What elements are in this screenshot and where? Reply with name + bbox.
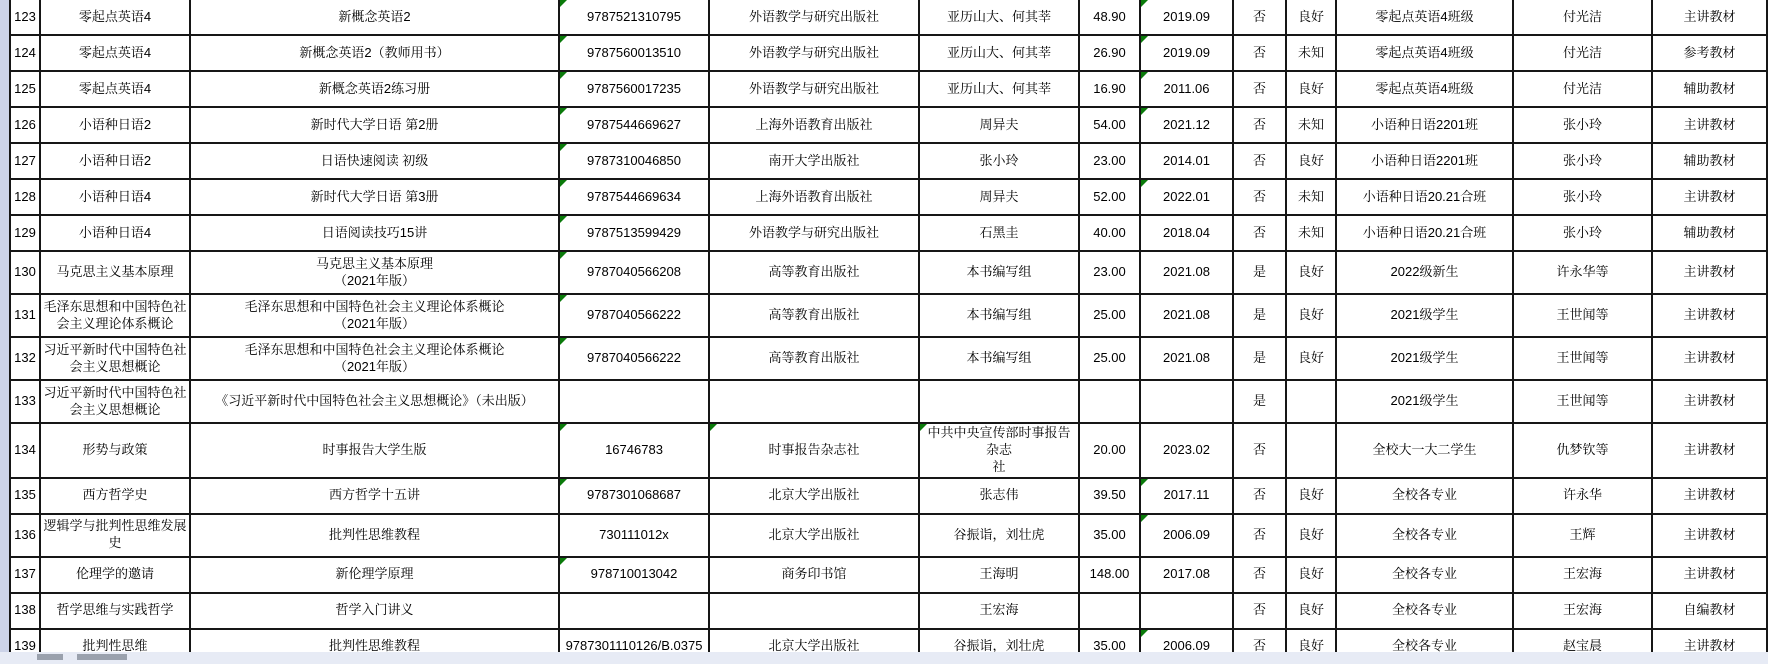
cell-condition[interactable]: 良好 bbox=[1286, 251, 1336, 294]
cell-book[interactable]: 新概念英语2练习册 bbox=[190, 71, 559, 107]
cell-author[interactable]: 王宏海 bbox=[919, 593, 1079, 629]
cell-course[interactable]: 马克思主义基本原理 bbox=[40, 251, 190, 294]
cell-author[interactable]: 亚历山大、何其莘 bbox=[919, 0, 1079, 35]
cell-type[interactable]: 主讲教材 bbox=[1652, 514, 1767, 557]
cell-course[interactable]: 哲学思维与实践哲学 bbox=[40, 593, 190, 629]
cell-text: 小语种日语4 bbox=[79, 189, 151, 204]
cell-condition[interactable]: 良好 bbox=[1286, 514, 1336, 557]
cell-audience[interactable]: 小语种日语20.21合班 bbox=[1336, 215, 1513, 251]
cell-audience[interactable]: 2021级学生 bbox=[1336, 337, 1513, 380]
cell-text: 9787560013510 bbox=[587, 45, 681, 60]
cell-price[interactable]: 25.00 bbox=[1079, 294, 1140, 337]
cell-publisher[interactable]: 外语教学与研究出版社 bbox=[709, 0, 919, 35]
cell-text: 2021级学生 bbox=[1391, 393, 1459, 408]
cell-isbn[interactable]: 9787544669627 bbox=[559, 107, 709, 143]
cell-text: 张小玲 bbox=[1563, 117, 1602, 132]
cell-course[interactable]: 西方哲学史 bbox=[40, 478, 190, 514]
cell-approved[interactable]: 否 bbox=[1233, 514, 1286, 557]
cell-text: 39.50 bbox=[1093, 487, 1126, 502]
cell-text: 9787301068687 bbox=[587, 487, 681, 502]
cell-course[interactable]: 小语种日语2 bbox=[40, 107, 190, 143]
cell-text: 王辉 bbox=[1569, 527, 1595, 542]
cell-approved[interactable]: 否 bbox=[1233, 215, 1286, 251]
cell-approved[interactable]: 是 bbox=[1233, 294, 1286, 337]
cell-isbn[interactable]: 16746783 bbox=[559, 423, 709, 478]
cell-date[interactable]: 2011.06 bbox=[1140, 71, 1233, 107]
cell-type[interactable]: 参考教材 bbox=[1652, 35, 1767, 71]
cell-text: 哲学入门讲义 bbox=[335, 602, 413, 617]
cell-publisher[interactable]: 时事报告杂志社 bbox=[709, 423, 919, 478]
cell-teacher[interactable]: 许永华 bbox=[1513, 478, 1652, 514]
cell-type[interactable]: 自编教材 bbox=[1652, 593, 1767, 629]
cell-book[interactable]: 批判性思维教程 bbox=[190, 514, 559, 557]
cell-teacher[interactable]: 王世闻等 bbox=[1513, 294, 1652, 337]
cell-audience[interactable]: 2021级学生 bbox=[1336, 294, 1513, 337]
cell-book[interactable]: 新时代大学日语 第3册 bbox=[190, 179, 559, 215]
cell-publisher[interactable]: 外语教学与研究出版社 bbox=[709, 215, 919, 251]
cell-type[interactable]: 主讲教材 bbox=[1652, 337, 1767, 380]
cell-publisher[interactable]: 高等教育出版社 bbox=[709, 337, 919, 380]
cell-type[interactable]: 主讲教材 bbox=[1652, 107, 1767, 143]
cell-book[interactable]: 时事报告大学生版 bbox=[190, 423, 559, 478]
text-format-warning-icon bbox=[560, 252, 567, 259]
cell-publisher[interactable]: 高等教育出版社 bbox=[709, 251, 919, 294]
cell-condition[interactable]: 未知 bbox=[1286, 215, 1336, 251]
cell-num[interactable]: 123 bbox=[10, 0, 40, 35]
cell-price[interactable]: 39.50 bbox=[1079, 478, 1140, 514]
text-format-warning-icon bbox=[1141, 630, 1148, 637]
cell-approved[interactable]: 否 bbox=[1233, 107, 1286, 143]
cell-author[interactable]: 周异夫 bbox=[919, 107, 1079, 143]
cell-text: 730111012x bbox=[599, 527, 669, 542]
cell-text: 主讲教材 bbox=[1683, 117, 1735, 132]
cell-teacher[interactable]: 仇梦钦等 bbox=[1513, 423, 1652, 478]
cell-price[interactable]: 148.00 bbox=[1079, 557, 1140, 593]
cell-price[interactable]: 52.00 bbox=[1079, 179, 1140, 215]
cell-course[interactable]: 形势与政策 bbox=[40, 423, 190, 478]
cell-publisher[interactable] bbox=[709, 593, 919, 629]
text-format-warning-icon bbox=[560, 216, 567, 223]
cell-isbn[interactable]: 9787310046850 bbox=[559, 143, 709, 179]
cell-book[interactable]: 哲学入门讲义 bbox=[190, 593, 559, 629]
cell-approved[interactable]: 否 bbox=[1233, 35, 1286, 71]
cell-isbn[interactable]: 9787040566222 bbox=[559, 294, 709, 337]
cell-text: 9787513599429 bbox=[587, 225, 681, 240]
cell-audience[interactable]: 全校各专业 bbox=[1336, 557, 1513, 593]
cell-num[interactable]: 135 bbox=[10, 478, 40, 514]
cell-text: 中共中央宣传部时事报告杂志 社 bbox=[927, 425, 1070, 474]
cell-price[interactable]: 48.90 bbox=[1079, 0, 1140, 35]
cell-type[interactable]: 主讲教材 bbox=[1652, 478, 1767, 514]
cell-book[interactable]: 新时代大学日语 第2册 bbox=[190, 107, 559, 143]
cell-type[interactable]: 主讲教材 bbox=[1652, 380, 1767, 423]
cell-text: 逻辑学与批判性思维发展 史 bbox=[43, 518, 186, 550]
cell-text: 9787040566222 bbox=[587, 350, 681, 365]
cell-text: 外语教学与研究出版社 bbox=[749, 225, 879, 240]
cell-price[interactable] bbox=[1079, 380, 1140, 423]
cell-audience[interactable]: 2022级新生 bbox=[1336, 251, 1513, 294]
cell-teacher[interactable]: 张小玲 bbox=[1513, 215, 1652, 251]
cell-text: 128 bbox=[14, 189, 36, 204]
cell-isbn[interactable]: 9787040566222 bbox=[559, 337, 709, 380]
cell-book[interactable]: 西方哲学十五讲 bbox=[190, 478, 559, 514]
cell-condition[interactable]: 未知 bbox=[1286, 179, 1336, 215]
cell-author[interactable]: 张小玲 bbox=[919, 143, 1079, 179]
cell-text: 135 bbox=[14, 487, 36, 502]
cell-publisher[interactable]: 北京大学出版社 bbox=[709, 478, 919, 514]
cell-date[interactable]: 2006.09 bbox=[1140, 514, 1233, 557]
cell-condition[interactable]: 良好 bbox=[1286, 143, 1336, 179]
cell-price[interactable]: 25.00 bbox=[1079, 337, 1140, 380]
cell-text: 否 bbox=[1253, 9, 1266, 24]
cell-text: 零起点英语4 bbox=[79, 81, 151, 96]
cell-text: 上海外语教育出版社 bbox=[755, 189, 872, 204]
cell-author[interactable]: 张志伟 bbox=[919, 478, 1079, 514]
text-format-warning-icon bbox=[560, 180, 567, 187]
cell-text: 35.00 bbox=[1093, 527, 1126, 542]
cell-num[interactable]: 127 bbox=[10, 143, 40, 179]
cell-publisher[interactable]: 南开大学出版社 bbox=[709, 143, 919, 179]
table-row: 123零起点英语4新概念英语29787521310795外语教学与研究出版社亚历… bbox=[10, 0, 1767, 35]
cell-approved[interactable]: 是 bbox=[1233, 380, 1286, 423]
cell-audience[interactable]: 小语种日语2201班 bbox=[1336, 107, 1513, 143]
cell-text: 周异夫 bbox=[979, 189, 1018, 204]
cell-text: 2019.09 bbox=[1163, 9, 1210, 24]
cell-book[interactable]: 新概念英语2（教师用书） bbox=[190, 35, 559, 71]
cell-num[interactable]: 134 bbox=[10, 423, 40, 478]
cell-course[interactable]: 小语种日语4 bbox=[40, 179, 190, 215]
cell-price[interactable]: 23.00 bbox=[1079, 251, 1140, 294]
cell-author[interactable]: 本书编写组 bbox=[919, 251, 1079, 294]
cell-num[interactable]: 138 bbox=[10, 593, 40, 629]
cell-date[interactable] bbox=[1140, 593, 1233, 629]
cell-teacher[interactable]: 张小玲 bbox=[1513, 179, 1652, 215]
cell-num[interactable]: 126 bbox=[10, 107, 40, 143]
cell-text: 138 bbox=[14, 602, 36, 617]
cell-course[interactable]: 习近平新时代中国特色社 会主义思想概论 bbox=[40, 337, 190, 380]
cell-date[interactable]: 2021.08 bbox=[1140, 251, 1233, 294]
cell-approved[interactable]: 否 bbox=[1233, 423, 1286, 478]
text-format-warning-icon bbox=[560, 36, 567, 43]
cell-num[interactable]: 130 bbox=[10, 251, 40, 294]
cell-date[interactable]: 2017.11 bbox=[1140, 478, 1233, 514]
cell-text: 否 bbox=[1253, 487, 1266, 502]
cell-text: 参考教材 bbox=[1683, 45, 1735, 60]
cell-book[interactable]: 马克思主义基本原理 （2021年版） bbox=[190, 251, 559, 294]
cell-text: 王宏海 bbox=[1563, 566, 1602, 581]
cell-book[interactable]: 日语阅读技巧15讲 bbox=[190, 215, 559, 251]
cell-price[interactable]: 23.00 bbox=[1079, 143, 1140, 179]
cell-audience[interactable]: 零起点英语4班级 bbox=[1336, 35, 1513, 71]
cell-approved[interactable]: 否 bbox=[1233, 557, 1286, 593]
cell-author[interactable]: 亚历山大、何其莘 bbox=[919, 35, 1079, 71]
cell-type[interactable]: 主讲教材 bbox=[1652, 294, 1767, 337]
cell-teacher[interactable]: 许永华等 bbox=[1513, 251, 1652, 294]
cell-publisher[interactable]: 商务印书馆 bbox=[709, 557, 919, 593]
cell-text: 9787310046850 bbox=[587, 153, 681, 168]
text-format-warning-icon bbox=[710, 424, 717, 431]
cell-book[interactable]: 新伦理学原理 bbox=[190, 557, 559, 593]
cell-price[interactable]: 20.00 bbox=[1079, 423, 1140, 478]
cell-date[interactable]: 2023.02 bbox=[1140, 423, 1233, 478]
cell-condition[interactable]: 未知 bbox=[1286, 35, 1336, 71]
cell-author[interactable]: 中共中央宣传部时事报告杂志 社 bbox=[919, 423, 1079, 478]
cell-book[interactable]: 毛泽东思想和中国特色社会主义理论体系概论 （2021年版） bbox=[190, 294, 559, 337]
cell-audience[interactable]: 零起点英语4班级 bbox=[1336, 0, 1513, 35]
sheet-left-edge bbox=[0, 0, 9, 654]
cell-text: 外语教学与研究出版社 bbox=[749, 9, 879, 24]
cell-date[interactable]: 2018.04 bbox=[1140, 215, 1233, 251]
cell-approved[interactable]: 否 bbox=[1233, 143, 1286, 179]
cell-text: 良好 bbox=[1298, 307, 1324, 322]
cell-course[interactable]: 小语种日语4 bbox=[40, 215, 190, 251]
table-row: 132习近平新时代中国特色社 会主义思想概论毛泽东思想和中国特色社会主义理论体系… bbox=[10, 337, 1767, 380]
cell-book[interactable]: 《习近平新时代中国特色社会主义思想概论》（未出版） bbox=[190, 380, 559, 423]
cell-text: 否 bbox=[1253, 117, 1266, 132]
cell-text: 主讲教材 bbox=[1683, 189, 1735, 204]
cell-text: 小语种日语2 bbox=[79, 153, 151, 168]
cell-teacher[interactable]: 张小玲 bbox=[1513, 143, 1652, 179]
cell-author[interactable]: 周异夫 bbox=[919, 179, 1079, 215]
cell-publisher[interactable]: 上海外语教育出版社 bbox=[709, 179, 919, 215]
cell-text: 毛泽东思想和中国特色社会主义理论体系概论 （2021年版） bbox=[244, 342, 504, 374]
cell-type[interactable]: 辅助教材 bbox=[1652, 71, 1767, 107]
cell-num[interactable]: 124 bbox=[10, 35, 40, 71]
cell-teacher[interactable]: 王辉 bbox=[1513, 514, 1652, 557]
cell-text: 北京大学出版社 bbox=[768, 527, 859, 542]
cell-isbn[interactable] bbox=[559, 593, 709, 629]
cell-text: 134 bbox=[14, 442, 36, 457]
cell-price[interactable]: 26.90 bbox=[1079, 35, 1140, 71]
cell-author[interactable]: 本书编写组 bbox=[919, 294, 1079, 337]
cell-text: 2021.08 bbox=[1163, 307, 1210, 322]
text-format-warning-icon bbox=[560, 424, 567, 431]
cell-price[interactable]: 40.00 bbox=[1079, 215, 1140, 251]
cell-text: 谷振诣，刘壮虎 bbox=[953, 638, 1044, 653]
cell-price[interactable]: 35.00 bbox=[1079, 514, 1140, 557]
cell-course[interactable]: 伦理学的邀请 bbox=[40, 557, 190, 593]
cell-condition[interactable]: 良好 bbox=[1286, 294, 1336, 337]
cell-text: 52.00 bbox=[1093, 189, 1126, 204]
cell-text: 许永华 bbox=[1563, 487, 1602, 502]
cell-text: 9787301110126/B.0375 bbox=[566, 638, 703, 653]
cell-text: 许永华等 bbox=[1556, 264, 1608, 279]
table-row: 134形势与政策时事报告大学生版16746783时事报告杂志社中共中央宣传部时事… bbox=[10, 423, 1767, 478]
cell-book[interactable]: 毛泽东思想和中国特色社会主义理论体系概论 （2021年版） bbox=[190, 337, 559, 380]
cell-text: 16.90 bbox=[1093, 81, 1126, 96]
cell-type[interactable]: 辅助教材 bbox=[1652, 215, 1767, 251]
cell-audience[interactable]: 小语种日语20.21合班 bbox=[1336, 179, 1513, 215]
cell-date[interactable]: 2021.08 bbox=[1140, 337, 1233, 380]
cell-price[interactable] bbox=[1079, 593, 1140, 629]
cell-isbn[interactable]: 9787560013510 bbox=[559, 35, 709, 71]
cell-date[interactable]: 2021.08 bbox=[1140, 294, 1233, 337]
cell-publisher[interactable]: 高等教育出版社 bbox=[709, 294, 919, 337]
cell-text: 未知 bbox=[1298, 45, 1324, 60]
cell-num[interactable]: 133 bbox=[10, 380, 40, 423]
cell-num[interactable]: 125 bbox=[10, 71, 40, 107]
cell-type[interactable]: 主讲教材 bbox=[1652, 557, 1767, 593]
cell-text: 良好 bbox=[1298, 9, 1324, 24]
cell-text: 亚历山大、何其莘 bbox=[947, 45, 1051, 60]
cell-text: 习近平新时代中国特色社 会主义思想概论 bbox=[43, 342, 186, 374]
cell-author[interactable] bbox=[919, 380, 1079, 423]
cell-teacher[interactable]: 王宏海 bbox=[1513, 557, 1652, 593]
cell-text: 2019.09 bbox=[1163, 45, 1210, 60]
cell-type[interactable]: 主讲教材 bbox=[1652, 423, 1767, 478]
cell-course[interactable]: 零起点英语4 bbox=[40, 35, 190, 71]
cell-audience[interactable]: 零起点英语4班级 bbox=[1336, 71, 1513, 107]
cell-text: 35.00 bbox=[1093, 638, 1126, 653]
cell-text: 王世闻等 bbox=[1556, 393, 1608, 408]
cell-text: 良好 bbox=[1298, 264, 1324, 279]
cell-teacher[interactable]: 张小玲 bbox=[1513, 107, 1652, 143]
cell-num[interactable]: 132 bbox=[10, 337, 40, 380]
cell-author[interactable]: 谷振诣，刘壮虎 bbox=[919, 514, 1079, 557]
cell-text: 张小玲 bbox=[1563, 153, 1602, 168]
cell-author[interactable]: 亚历山大、何其莘 bbox=[919, 71, 1079, 107]
cell-condition[interactable] bbox=[1286, 423, 1336, 478]
cell-book[interactable]: 日语快速阅读 初级 bbox=[190, 143, 559, 179]
cell-condition[interactable]: 良好 bbox=[1286, 337, 1336, 380]
cell-condition[interactable]: 良好 bbox=[1286, 0, 1336, 35]
cell-publisher[interactable]: 北京大学出版社 bbox=[709, 514, 919, 557]
cell-text: 小语种日语2201班 bbox=[1371, 153, 1478, 168]
cell-isbn[interactable]: 730111012x bbox=[559, 514, 709, 557]
cell-approved[interactable]: 是 bbox=[1233, 251, 1286, 294]
cell-teacher[interactable]: 付光洁 bbox=[1513, 0, 1652, 35]
cell-text: 否 bbox=[1253, 442, 1266, 457]
cell-date[interactable]: 2019.09 bbox=[1140, 0, 1233, 35]
clipped-next-row-fragment bbox=[77, 654, 127, 660]
cell-isbn[interactable]: 978710013042 bbox=[559, 557, 709, 593]
cell-audience[interactable]: 全校各专业 bbox=[1336, 593, 1513, 629]
cell-condition[interactable] bbox=[1286, 380, 1336, 423]
cell-date[interactable] bbox=[1140, 380, 1233, 423]
cell-num[interactable]: 137 bbox=[10, 557, 40, 593]
cell-publisher[interactable] bbox=[709, 380, 919, 423]
cell-num[interactable]: 131 bbox=[10, 294, 40, 337]
cell-author[interactable]: 本书编写组 bbox=[919, 337, 1079, 380]
cell-date[interactable]: 2019.09 bbox=[1140, 35, 1233, 71]
cell-text: 批判性思维 bbox=[82, 638, 147, 653]
table-row: 128小语种日语4新时代大学日语 第3册9787544669634上海外语教育出… bbox=[10, 179, 1767, 215]
cell-publisher[interactable]: 外语教学与研究出版社 bbox=[709, 71, 919, 107]
cell-isbn[interactable]: 9787301068687 bbox=[559, 478, 709, 514]
cell-isbn[interactable]: 9787560017235 bbox=[559, 71, 709, 107]
cell-text: 129 bbox=[14, 225, 36, 240]
cell-text: 王宏海 bbox=[1563, 602, 1602, 617]
cell-teacher[interactable]: 付光洁 bbox=[1513, 35, 1652, 71]
cell-isbn[interactable]: 9787513599429 bbox=[559, 215, 709, 251]
cell-type[interactable]: 辅助教材 bbox=[1652, 143, 1767, 179]
cell-date[interactable]: 2022.01 bbox=[1140, 179, 1233, 215]
cell-condition[interactable]: 良好 bbox=[1286, 557, 1336, 593]
cell-condition[interactable]: 良好 bbox=[1286, 71, 1336, 107]
cell-course[interactable]: 小语种日语2 bbox=[40, 143, 190, 179]
cell-teacher[interactable]: 王世闻等 bbox=[1513, 380, 1652, 423]
cell-condition[interactable]: 良好 bbox=[1286, 593, 1336, 629]
cell-teacher[interactable]: 王世闻等 bbox=[1513, 337, 1652, 380]
cell-text: 良好 bbox=[1298, 487, 1324, 502]
cell-audience[interactable]: 小语种日语2201班 bbox=[1336, 143, 1513, 179]
cell-text: 辅助教材 bbox=[1683, 81, 1735, 96]
cell-text: 127 bbox=[14, 153, 36, 168]
cell-type[interactable]: 主讲教材 bbox=[1652, 251, 1767, 294]
cell-isbn[interactable]: 9787544669634 bbox=[559, 179, 709, 215]
cell-num[interactable]: 128 bbox=[10, 179, 40, 215]
cell-audience[interactable]: 全校各专业 bbox=[1336, 514, 1513, 557]
cell-isbn[interactable] bbox=[559, 380, 709, 423]
cell-condition[interactable]: 未知 bbox=[1286, 107, 1336, 143]
text-format-warning-icon bbox=[1141, 180, 1148, 187]
cell-text: 全校各专业 bbox=[1392, 602, 1457, 617]
cell-date[interactable]: 2021.12 bbox=[1140, 107, 1233, 143]
cell-author[interactable]: 王海明 bbox=[919, 557, 1079, 593]
cell-text: 时事报告大学生版 bbox=[322, 442, 426, 457]
cell-text: 张小玲 bbox=[1563, 225, 1602, 240]
cell-audience[interactable]: 2021级学生 bbox=[1336, 380, 1513, 423]
cell-course[interactable]: 逻辑学与批判性思维发展 史 bbox=[40, 514, 190, 557]
cell-course[interactable]: 习近平新时代中国特色社 会主义思想概论 bbox=[40, 380, 190, 423]
cell-approved[interactable]: 否 bbox=[1233, 593, 1286, 629]
cell-approved[interactable]: 否 bbox=[1233, 0, 1286, 35]
cell-course[interactable]: 零起点英语4 bbox=[40, 0, 190, 35]
cell-audience[interactable]: 全校各专业 bbox=[1336, 478, 1513, 514]
cell-isbn[interactable]: 9787040566208 bbox=[559, 251, 709, 294]
cell-price[interactable]: 16.90 bbox=[1079, 71, 1140, 107]
table-row: 136逻辑学与批判性思维发展 史批判性思维教程730111012x北京大学出版社… bbox=[10, 514, 1767, 557]
cell-text: 《习近平新时代中国特色社会主义思想概论》（未出版） bbox=[215, 393, 534, 408]
cell-text: 批判性思维教程 bbox=[329, 527, 420, 542]
cell-num[interactable]: 136 bbox=[10, 514, 40, 557]
cell-type[interactable]: 主讲教材 bbox=[1652, 179, 1767, 215]
cell-text: 全校各专业 bbox=[1392, 566, 1457, 581]
cell-text: 2014.01 bbox=[1163, 153, 1210, 168]
cell-audience[interactable]: 全校大一大二学生 bbox=[1336, 423, 1513, 478]
cell-condition[interactable]: 良好 bbox=[1286, 478, 1336, 514]
cell-approved[interactable]: 否 bbox=[1233, 71, 1286, 107]
cell-book[interactable]: 新概念英语2 bbox=[190, 0, 559, 35]
cell-approved[interactable]: 是 bbox=[1233, 337, 1286, 380]
cell-text: 否 bbox=[1253, 45, 1266, 60]
cell-teacher[interactable]: 王宏海 bbox=[1513, 593, 1652, 629]
cell-date[interactable]: 2014.01 bbox=[1140, 143, 1233, 179]
cell-date[interactable]: 2017.08 bbox=[1140, 557, 1233, 593]
cell-text: 亚历山大、何其莘 bbox=[947, 9, 1051, 24]
cell-approved[interactable]: 否 bbox=[1233, 478, 1286, 514]
cell-type[interactable]: 主讲教材 bbox=[1652, 0, 1767, 35]
text-format-warning-icon bbox=[560, 295, 567, 302]
clipped-next-row-fragment bbox=[37, 654, 63, 660]
cell-publisher[interactable]: 外语教学与研究出版社 bbox=[709, 35, 919, 71]
cell-isbn[interactable]: 9787521310795 bbox=[559, 0, 709, 35]
cell-publisher[interactable]: 上海外语教育出版社 bbox=[709, 107, 919, 143]
cell-course[interactable]: 零起点英语4 bbox=[40, 71, 190, 107]
cell-text: 136 bbox=[14, 527, 36, 542]
cell-text: 自编教材 bbox=[1683, 602, 1735, 617]
cell-price[interactable]: 54.00 bbox=[1079, 107, 1140, 143]
cell-text: 主讲教材 bbox=[1683, 264, 1735, 279]
cell-teacher[interactable]: 付光洁 bbox=[1513, 71, 1652, 107]
cell-course[interactable]: 毛泽东思想和中国特色社 会主义理论体系概论 bbox=[40, 294, 190, 337]
cell-text: 小语种日语20.21合班 bbox=[1363, 189, 1487, 204]
cell-text: 是 bbox=[1253, 307, 1266, 322]
cell-num[interactable]: 129 bbox=[10, 215, 40, 251]
cell-approved[interactable]: 否 bbox=[1233, 179, 1286, 215]
table-row: 138哲学思维与实践哲学哲学入门讲义王宏海否良好全校各专业王宏海自编教材 bbox=[10, 593, 1767, 629]
cell-author[interactable]: 石黑圭 bbox=[919, 215, 1079, 251]
